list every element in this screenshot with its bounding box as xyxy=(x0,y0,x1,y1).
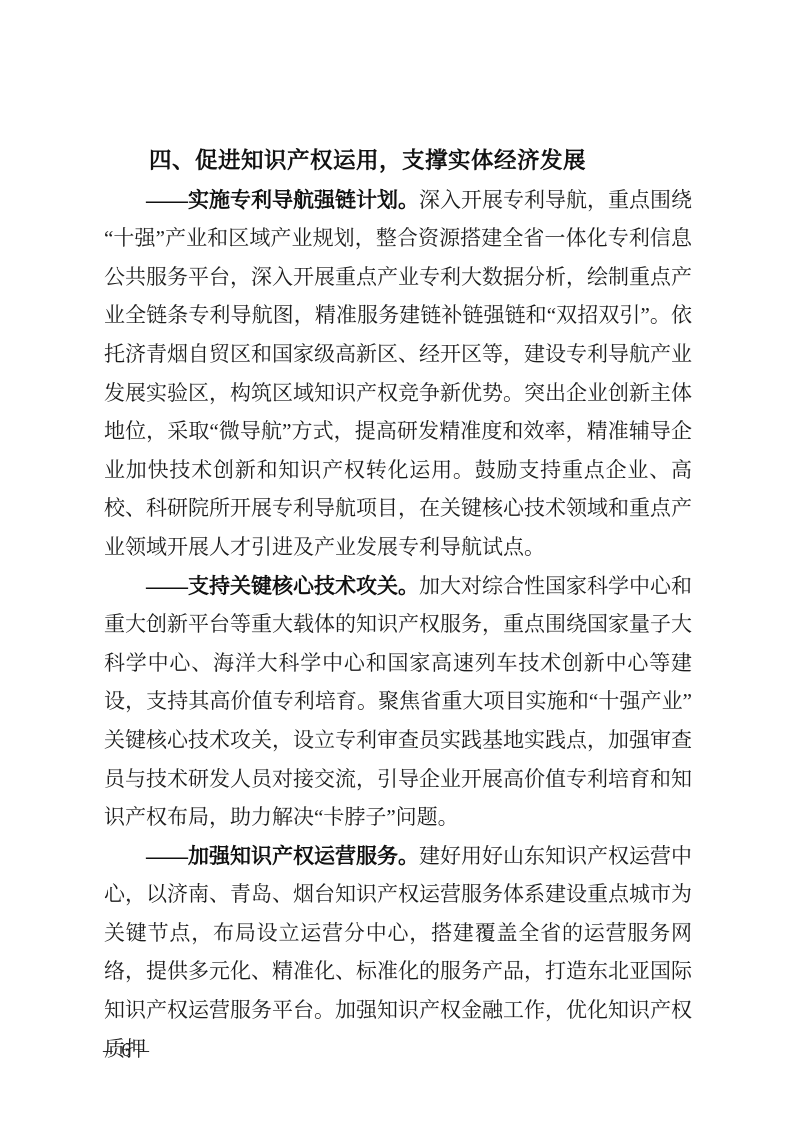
paragraph-lead: ——加强知识产权运营服务。 xyxy=(146,844,419,868)
paragraph-body: 建好用好山东知识产权运营中心，以济南、青岛、烟台知识产权运营服务体系建设重点城市… xyxy=(104,844,692,1061)
page-number: – 6 – xyxy=(103,1037,151,1065)
paragraph-patent-navigation: ——实施专利导航强链计划。深入开展专利导航，重点围绕“十强”产业和区域产业规划，… xyxy=(104,181,692,567)
paragraph-body: 深入开展专利导航，重点围绕“十强”产业和区域产业规划，整合资源搭建全省一体化专利… xyxy=(104,188,692,559)
document-content: 四、促进知识产权运用，支撑实体经济发展 ——实施专利导航强链计划。深入开展专利导… xyxy=(104,142,692,1068)
paragraph-ip-operation-service: ——加强知识产权运营服务。建好用好山东知识产权运营中心，以济南、青岛、烟台知识产… xyxy=(104,837,692,1069)
document-page: 四、促进知识产权运用，支撑实体经济发展 ——实施专利导航强链计划。深入开展专利导… xyxy=(0,0,794,1123)
paragraph-lead: ——实施专利导航强链计划。 xyxy=(146,188,419,212)
paragraph-body: 加大对综合性国家科学中心和重大创新平台等重大载体的知识产权服务，重点围绕国家量子… xyxy=(104,574,692,830)
paragraph-lead: ——支持关键核心技术攻关。 xyxy=(146,574,419,598)
section-heading: 四、促进知识产权运用，支撑实体经济发展 xyxy=(104,142,692,181)
paragraph-core-technology: ——支持关键核心技术攻关。加大对综合性国家科学中心和重大创新平台等重大载体的知识… xyxy=(104,567,692,837)
